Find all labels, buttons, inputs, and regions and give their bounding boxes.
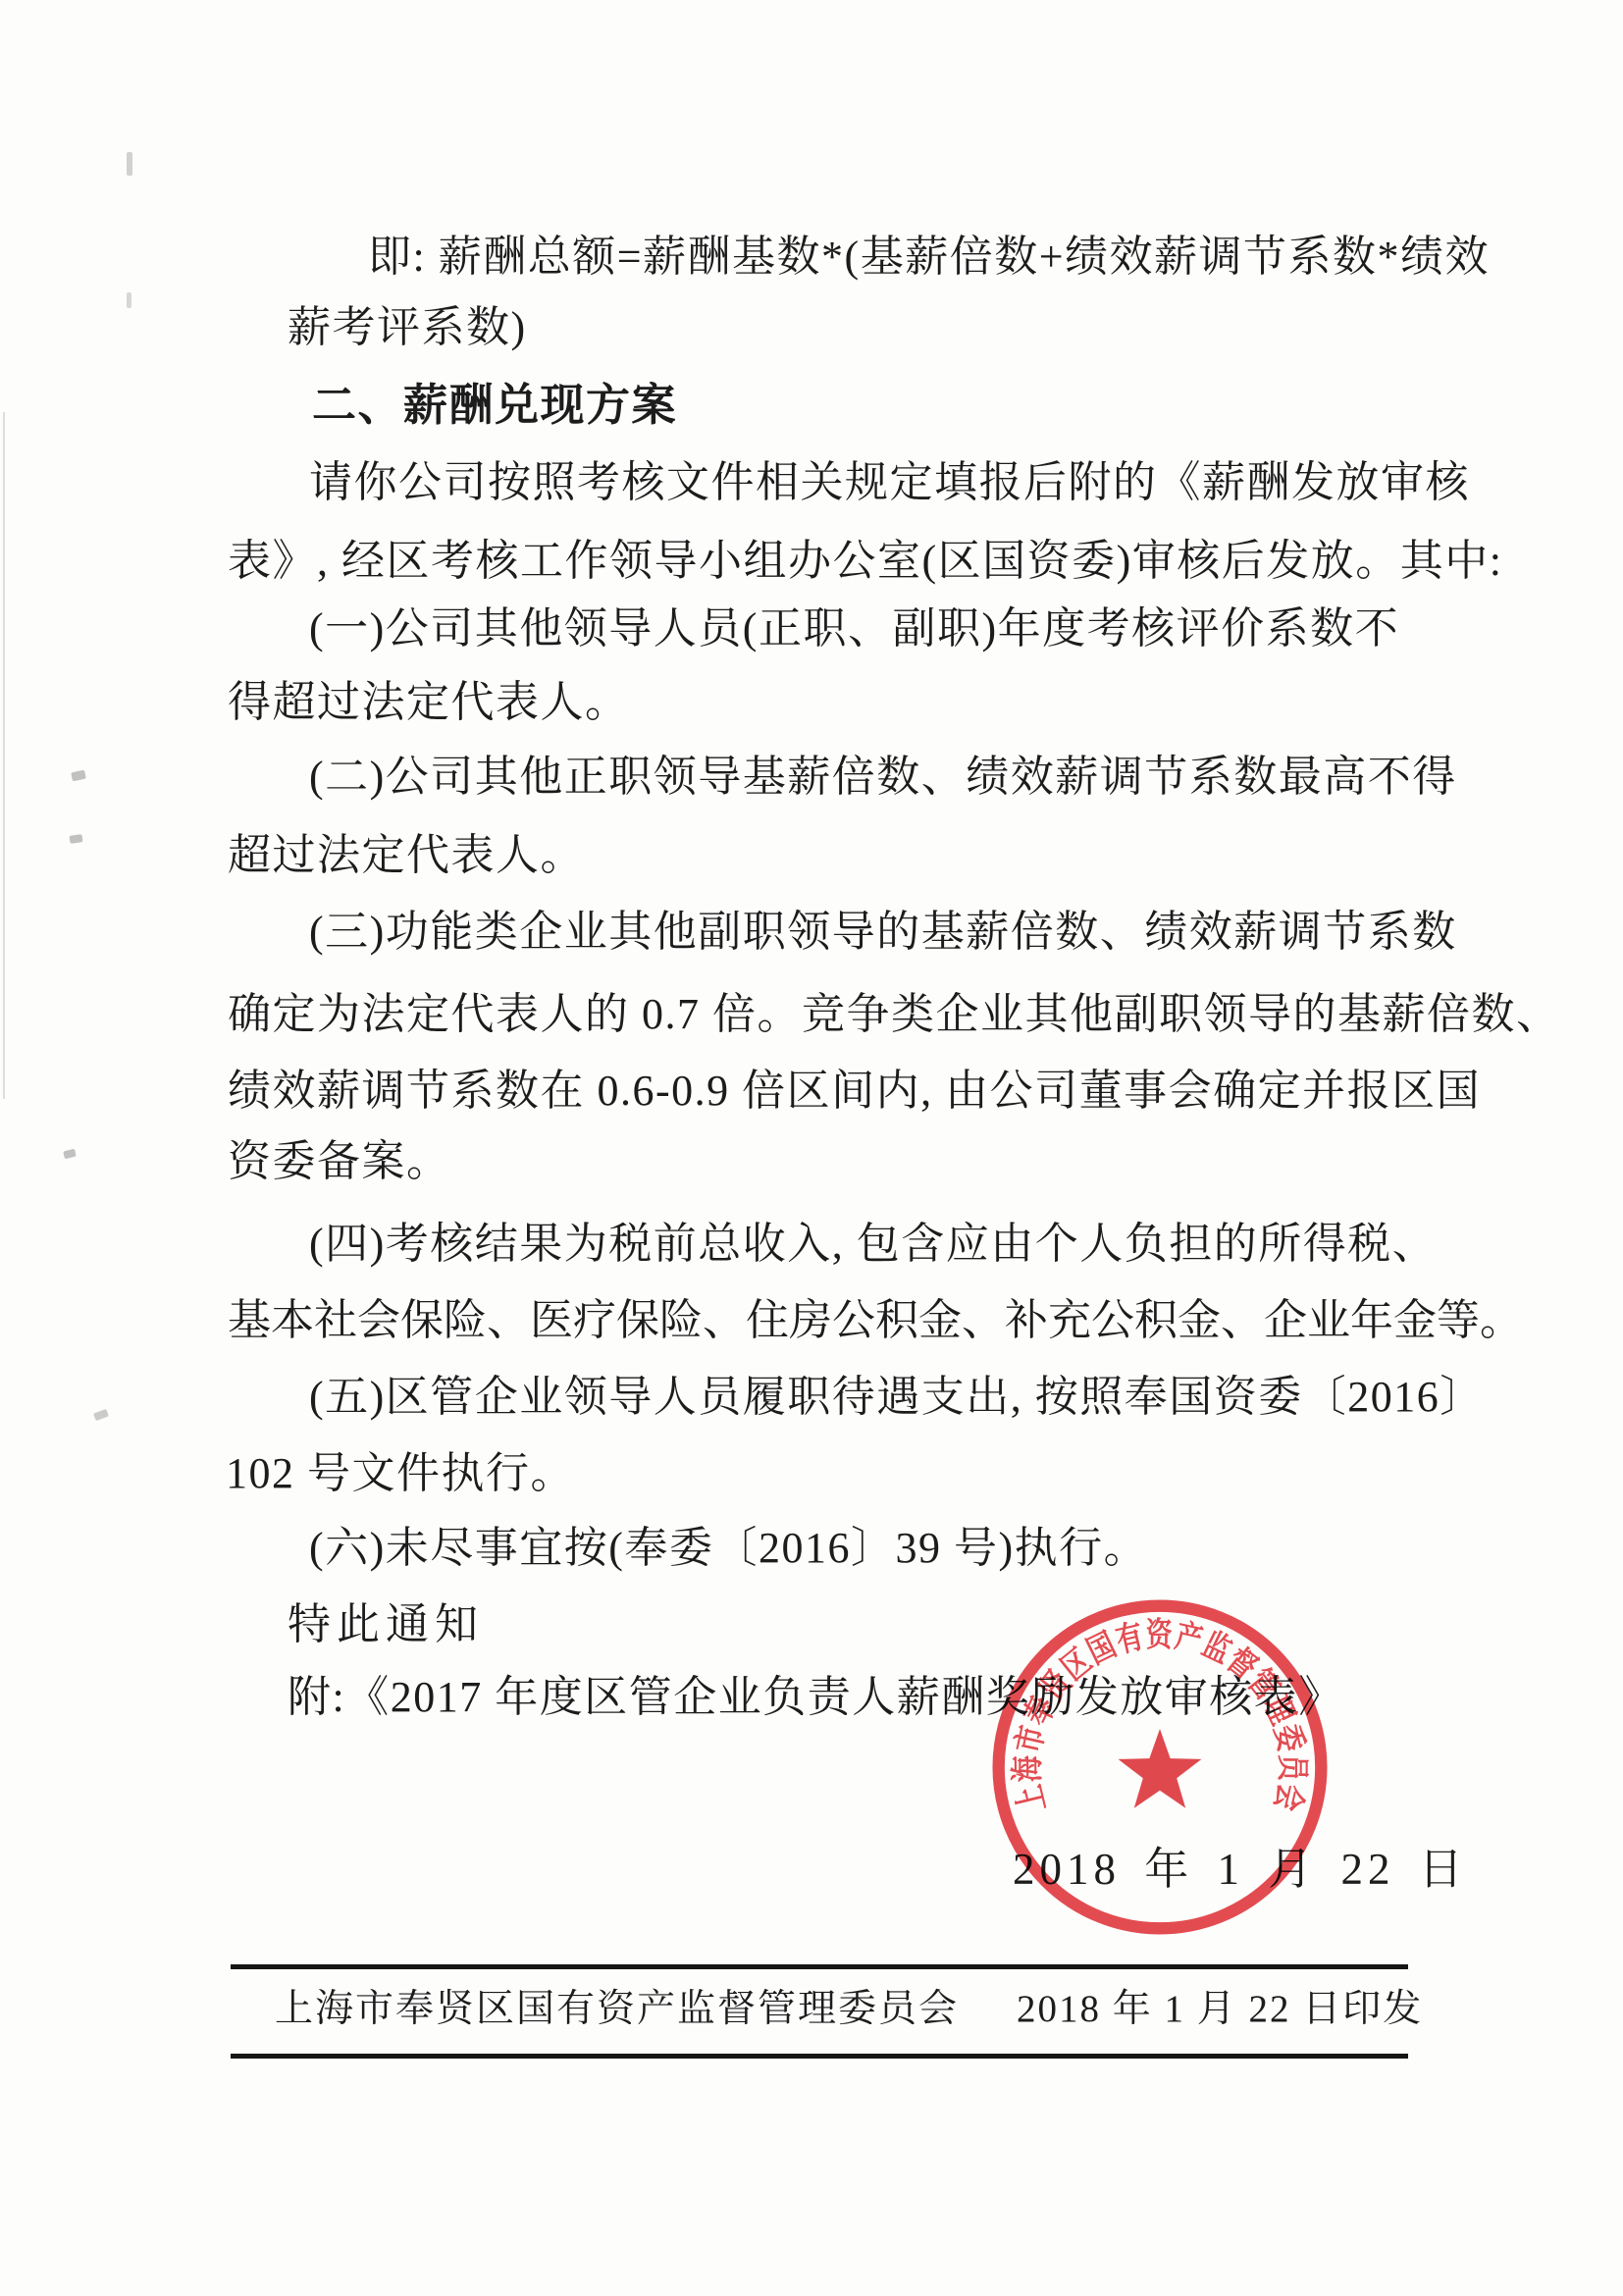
footer-issuer: 上海市奉贤区国有资产监督管理委员会 (275, 1978, 959, 2033)
item-1-line: (一)公司其他领导人员(正职、副职)年度考核评价系数不 (309, 603, 1399, 655)
item-4-line: 基本社会保险、医疗保险、住房公积金、补充公积金、企业年金等。 (228, 1295, 1523, 1347)
item-3-line: 资委备案。 (228, 1136, 451, 1188)
official-seal: 上海市奉贤区国有资产监督管理委员会 (992, 1599, 1328, 1935)
seal-star (1119, 1729, 1202, 1808)
footer-rule-top (231, 1964, 1408, 1969)
body-line: 表》, 经区考核工作领导小组办公室(区国资委)审核后发放。其中: (228, 536, 1503, 588)
section-heading: 二、薪酬兑现方案 (312, 379, 677, 432)
item-3-line: (三)功能类企业其他副职领导的基薪倍数、绩效薪调节系数 (309, 907, 1457, 959)
document-page: 即: 薪酬总额=薪酬基数*(基薪倍数+绩效薪调节系数*绩效 薪考评系数) 二、薪… (0, 0, 1623, 2296)
scan-artifact (70, 834, 83, 844)
scan-artifact (127, 152, 132, 176)
closing-notice-line: 特此通知 (288, 1599, 484, 1651)
item-4-line: (四)考核结果为税前总收入, 包含应由个人负担的所得税、 (309, 1219, 1437, 1271)
item-1-line: 得超过法定代表人。 (228, 677, 630, 729)
formula-line-1: 即: 薪酬总额=薪酬基数*(基薪倍数+绩效薪调节系数*绩效 (368, 232, 1490, 284)
item-5-line: 102 号文件执行。 (226, 1448, 575, 1500)
item-2-line: (二)公司其他正职领导基薪倍数、绩效薪调节系数最高不得 (309, 752, 1457, 804)
item-5-line: (五)区管企业领导人员履职待遇支出, 按照奉国资委〔2016〕 (309, 1372, 1485, 1424)
scan-artifact (93, 1409, 109, 1421)
scan-artifact (63, 1149, 77, 1160)
scan-artifact (127, 292, 131, 308)
item-6-line: (六)未尽事宜按(奉委〔2016〕39 号)执行。 (309, 1523, 1148, 1575)
footer-print-date: 2018 年 1 月 22 日印发 (1017, 1978, 1423, 2033)
item-3-line: 确定为法定代表人的 0.7 倍。竞争类企业其他副职领导的基薪倍数、 (228, 989, 1561, 1041)
item-2-line: 超过法定代表人。 (228, 830, 585, 882)
scan-artifact (71, 770, 86, 782)
official-seal-graphic: 上海市奉贤区国有资产监督管理委员会 (992, 1599, 1328, 1935)
item-3-line: 绩效薪调节系数在 0.6-0.9 倍区间内, 由公司董事会确定并报区国 (228, 1066, 1481, 1118)
body-line: 请你公司按照考核文件相关规定填报后附的《薪酬发放审核 (309, 457, 1470, 509)
scan-edge-shadow (3, 412, 5, 1099)
formula-line-2: 薪考评系数) (288, 302, 527, 354)
footer-rule-bottom (231, 2054, 1408, 2059)
